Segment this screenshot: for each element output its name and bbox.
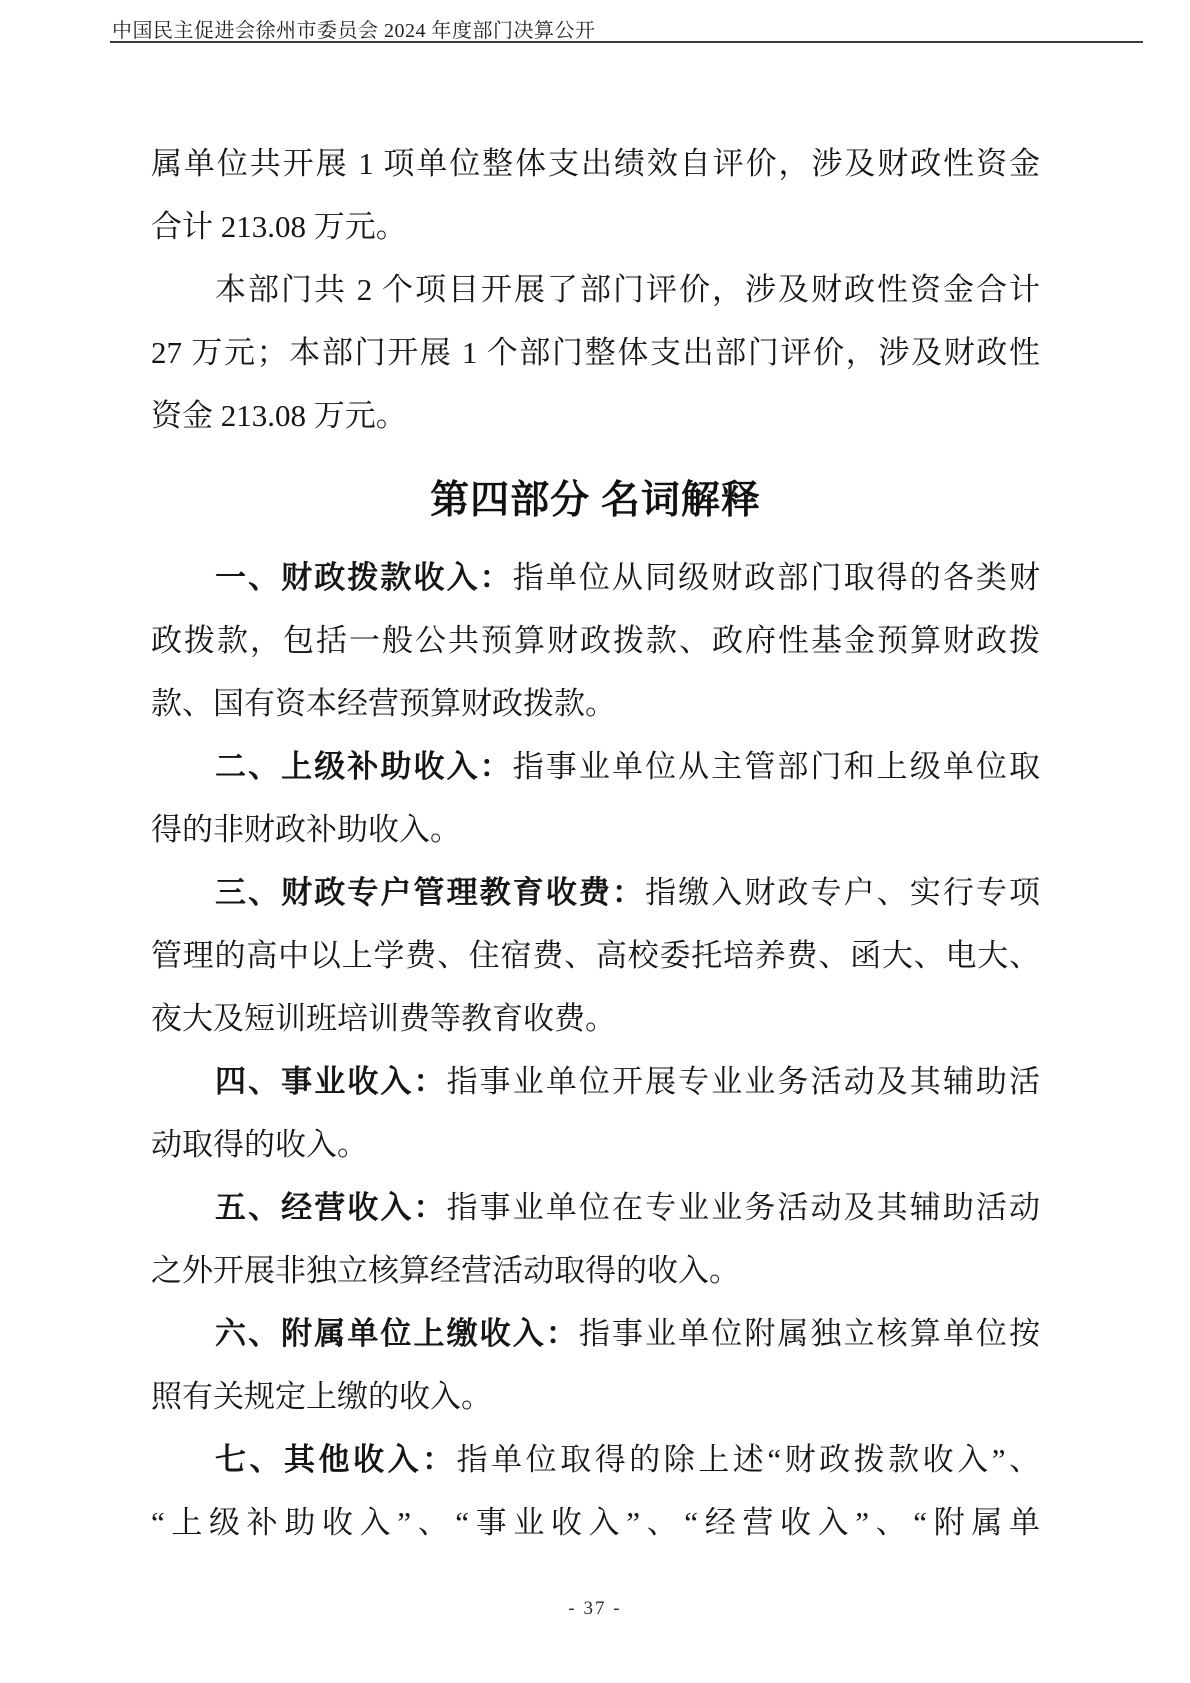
- line-text: 得的非财政补助收入。: [151, 812, 461, 847]
- body-line: 属单位共开展 1 项单位整体支出绩效自评价，涉及财政性资金: [151, 132, 1040, 195]
- line-text: 政拨款，包括一般公共预算财政拨款、政府性基金预算财政拨: [151, 623, 1040, 658]
- definition-term: 二、上级补助收入：: [215, 749, 513, 784]
- line-text: 属单位共开展 1 项单位整体支出绩效自评价，涉及财政性资金: [151, 146, 1040, 181]
- section-heading: 第四部分 名词解释: [151, 447, 1040, 546]
- body-line: 资金 213.08 万元。: [151, 384, 1040, 447]
- body-line: 二、上级补助收入：指事业单位从主管部门和上级单位取: [151, 735, 1040, 798]
- line-text: 之外开展非独立核算经营活动取得的收入。: [151, 1253, 740, 1288]
- body-line: 得的非财政补助收入。: [151, 798, 1040, 861]
- body-line: 政拨款，包括一般公共预算财政拨款、政府性基金预算财政拨: [151, 609, 1040, 672]
- body-line: 合计 213.08 万元。: [151, 195, 1040, 258]
- line-text: 照有关规定上缴的收入。: [151, 1379, 492, 1414]
- line-text: 指事业单位附属独立核算单位按: [579, 1316, 1040, 1351]
- line-text: 管理的高中以上学费、住宿费、高校委托培养费、函大、电大、: [151, 938, 1040, 973]
- line-text: 款、国有资本经营预算财政拨款。: [151, 686, 616, 721]
- definition-term: 六、附属单位上缴收入：: [215, 1316, 579, 1351]
- intro-paragraphs: 属单位共开展 1 项单位整体支出绩效自评价，涉及财政性资金合计 213.08 万…: [151, 132, 1040, 447]
- line-text: “上级补助收入”、“事业收入”、“经营收入”、“附属单: [151, 1505, 1040, 1540]
- body-line: 一、财政拨款收入：指单位从同级财政部门取得的各类财: [151, 546, 1040, 609]
- document-body: 属单位共开展 1 项单位整体支出绩效自评价，涉及财政性资金合计 213.08 万…: [151, 132, 1040, 1554]
- body-line: 27 万元；本部门开展 1 个部门整体支出部门评价，涉及财政性: [151, 321, 1040, 384]
- definition-term: 五、经营收入：: [215, 1190, 447, 1225]
- line-text: 指单位从同级财政部门取得的各类财: [513, 560, 1040, 595]
- line-text: 夜大及短训班培训费等教育收费。: [151, 1001, 616, 1036]
- document-page: 中国民主促进会徐州市委员会 2024 年度部门决算公开 属单位共开展 1 项单位…: [0, 0, 1190, 1683]
- line-text: 指单位取得的除上述“财政拨款收入”、: [457, 1442, 1040, 1477]
- definition-term: 一、财政拨款收入：: [215, 560, 513, 595]
- body-line: 五、经营收入：指事业单位在专业业务活动及其辅助活动: [151, 1176, 1040, 1239]
- line-text: 资金 213.08 万元。: [151, 398, 407, 433]
- body-line: 管理的高中以上学费、住宿费、高校委托培养费、函大、电大、: [151, 924, 1040, 987]
- page-header-title: 中国民主促进会徐州市委员会 2024 年度部门决算公开: [112, 14, 596, 43]
- line-text: 动取得的收入。: [151, 1127, 368, 1162]
- definition-paragraphs: 一、财政拨款收入：指单位从同级财政部门取得的各类财政拨款，包括一般公共预算财政拨…: [151, 546, 1040, 1554]
- body-line: 夜大及短训班培训费等教育收费。: [151, 987, 1040, 1050]
- line-text: 合计 213.08 万元。: [151, 209, 407, 244]
- line-text: 指事业单位在专业业务活动及其辅助活动: [447, 1190, 1040, 1225]
- line-text: 27 万元；本部门开展 1 个部门整体支出部门评价，涉及财政性: [151, 335, 1040, 370]
- body-line: 四、事业收入：指事业单位开展专业业务活动及其辅助活: [151, 1050, 1040, 1113]
- line-text: 指事业单位开展专业业务活动及其辅助活: [447, 1064, 1040, 1099]
- page-number: - 37 -: [0, 1598, 1190, 1620]
- body-line: 款、国有资本经营预算财政拨款。: [151, 672, 1040, 735]
- body-line: 动取得的收入。: [151, 1113, 1040, 1176]
- definition-term: 三、财政专户管理教育收费：: [215, 875, 645, 910]
- header-divider: [110, 41, 1143, 43]
- body-line: 六、附属单位上缴收入：指事业单位附属独立核算单位按: [151, 1302, 1040, 1365]
- line-text: 指事业单位从主管部门和上级单位取: [513, 749, 1040, 784]
- line-text: 本部门共 2 个项目开展了部门评价，涉及财政性资金合计: [215, 272, 1040, 307]
- definition-term: 四、事业收入：: [215, 1064, 447, 1099]
- line-text: 指缴入财政专户、实行专项: [645, 875, 1040, 910]
- body-line: 之外开展非独立核算经营活动取得的收入。: [151, 1239, 1040, 1302]
- body-line: “上级补助收入”、“事业收入”、“经营收入”、“附属单: [151, 1491, 1040, 1554]
- body-line: 本部门共 2 个项目开展了部门评价，涉及财政性资金合计: [151, 258, 1040, 321]
- definition-term: 七、其他收入：: [215, 1442, 457, 1477]
- body-line: 照有关规定上缴的收入。: [151, 1365, 1040, 1428]
- body-line: 三、财政专户管理教育收费：指缴入财政专户、实行专项: [151, 861, 1040, 924]
- body-line: 七、其他收入：指单位取得的除上述“财政拨款收入”、: [151, 1428, 1040, 1491]
